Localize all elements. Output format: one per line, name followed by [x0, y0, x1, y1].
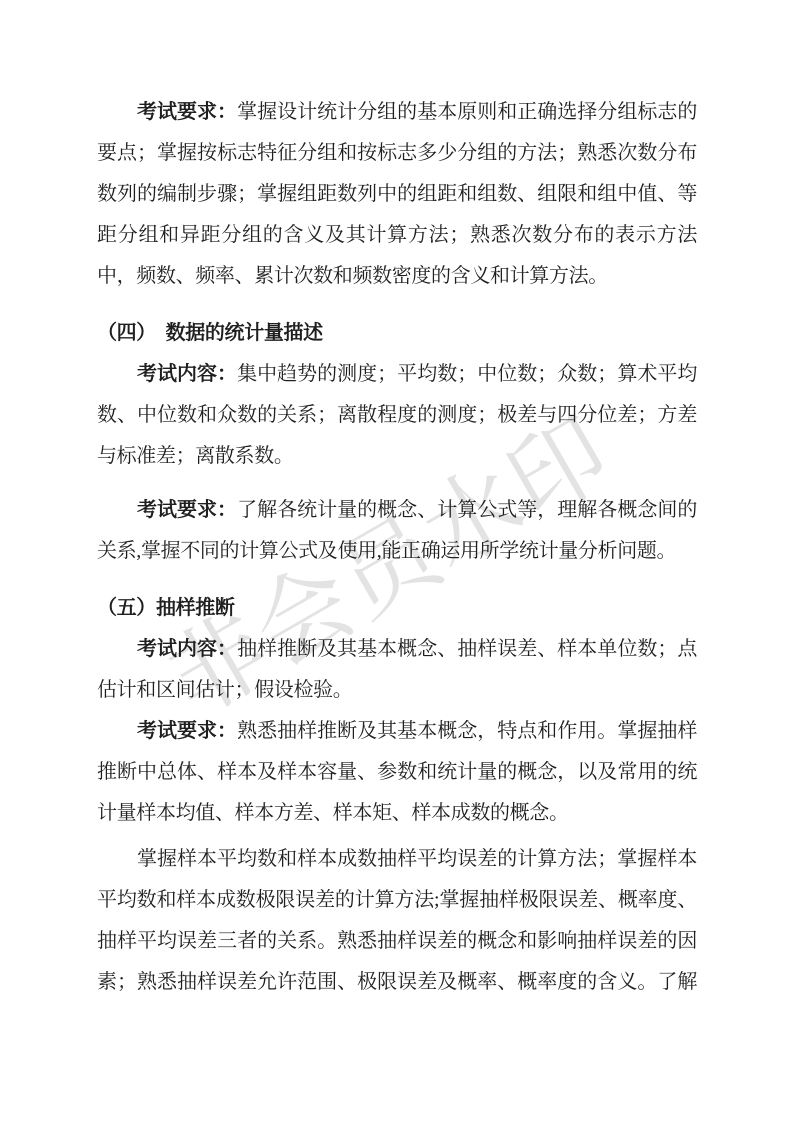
text-line: 考试要求：熟悉抽样推断及其基本概念，特点和作用。掌握抽样: [97, 711, 697, 752]
text-line: 考试要求：掌握设计统计分组的基本原则和正确选择分组标志的: [97, 92, 697, 133]
bold-label: 考试内容：: [137, 638, 237, 660]
text-line: 数、中位数和众数的关系；离散程度的测度；极差与四分位差；方差: [97, 395, 697, 436]
text-line: 关系,掌握不同的计算公式及使用,能正确运用所学统计量分析问题。: [97, 531, 697, 572]
text-line: 计量样本均值、样本方差、样本矩、样本成数的概念。: [97, 793, 697, 834]
document-page: 非会员水印 考试要求：掌握设计统计分组的基本原则和正确选择分组标志的 要点；掌握…: [0, 0, 794, 1123]
para-sampling-error-methods: 掌握样本平均数和样本成数抽样平均误差的计算方法；掌握样本 平均数和样本成数极限误…: [97, 839, 697, 1003]
para-exam-content-five: 考试内容：抽样推断及其基本概念、抽样误差、样本单位数；点 估计和区间估计；假设检…: [97, 629, 697, 711]
text-line: 数列的编制步骤；掌握组距数列中的组距和组数、组限和组中值、等: [97, 174, 697, 215]
text-line: 估计和区间估计；假设检验。: [97, 670, 697, 711]
section-heading-five: （五）抽样推断: [97, 588, 697, 629]
text-line: 考试内容：集中趋势的测度；平均数；中位数；众数；算术平均: [97, 354, 697, 395]
text-line: 与标准差；离散系数。: [97, 436, 697, 477]
text-line: 距分组和异距分组的含义及其计算方法；熟悉次数分布的表示方法: [97, 215, 697, 256]
section-heading-four: （四） 数据的统计量描述: [97, 313, 697, 354]
para-exam-content-four: 考试内容：集中趋势的测度；平均数；中位数；众数；算术平均 数、中位数和众数的关系…: [97, 354, 697, 477]
text-line: 要点；掌握按标志特征分组和按标志多少分组的方法；熟悉次数分布: [97, 133, 697, 174]
text-line: 掌握样本平均数和样本成数抽样平均误差的计算方法；掌握样本: [97, 839, 697, 880]
bold-label: 考试要求：: [137, 499, 237, 521]
para-exam-requirements-four: 考试要求：了解各统计量的概念、计算公式等，理解各概念间的 关系,掌握不同的计算公…: [97, 490, 697, 572]
text-line: 素；熟悉抽样误差允许范围、极限误差及概率、概率度的含义。了解: [97, 962, 697, 1003]
text-line: 中，频数、频率、累计次数和频数密度的含义和计算方法。: [97, 256, 697, 297]
text-line: 平均数和样本成数极限误差的计算方法;掌握抽样极限误差、概率度、: [97, 880, 697, 921]
line-text: 熟悉抽样推断及其基本概念，特点和作用。掌握抽样: [237, 720, 697, 742]
line-text: 集中趋势的测度；平均数；中位数；众数；算术平均: [237, 363, 697, 385]
document-body: 考试要求：掌握设计统计分组的基本原则和正确选择分组标志的 要点；掌握按标志特征分…: [97, 0, 697, 1003]
bold-label: 考试内容：: [137, 363, 237, 385]
para-exam-requirements-five: 考试要求：熟悉抽样推断及其基本概念，特点和作用。掌握抽样 推断中总体、样本及样本…: [97, 711, 697, 834]
text-line: 推断中总体、样本及样本容量、参数和统计量的概念，以及常用的统: [97, 752, 697, 793]
line-text: 抽样推断及其基本概念、抽样误差、样本单位数；点: [237, 638, 697, 660]
para-exam-requirements-grouping: 考试要求：掌握设计统计分组的基本原则和正确选择分组标志的 要点；掌握按标志特征分…: [97, 92, 697, 297]
line-text: 掌握设计统计分组的基本原则和正确选择分组标志的: [237, 101, 697, 123]
text-line: 考试要求：了解各统计量的概念、计算公式等，理解各概念间的: [97, 490, 697, 531]
bold-label: 考试要求：: [137, 720, 237, 742]
text-line: 抽样平均误差三者的关系。熟悉抽样误差的概念和影响抽样误差的因: [97, 921, 697, 962]
line-text: 了解各统计量的概念、计算公式等，理解各概念间的: [237, 499, 697, 521]
text-line: 考试内容：抽样推断及其基本概念、抽样误差、样本单位数；点: [97, 629, 697, 670]
bold-label: 考试要求：: [137, 101, 237, 123]
